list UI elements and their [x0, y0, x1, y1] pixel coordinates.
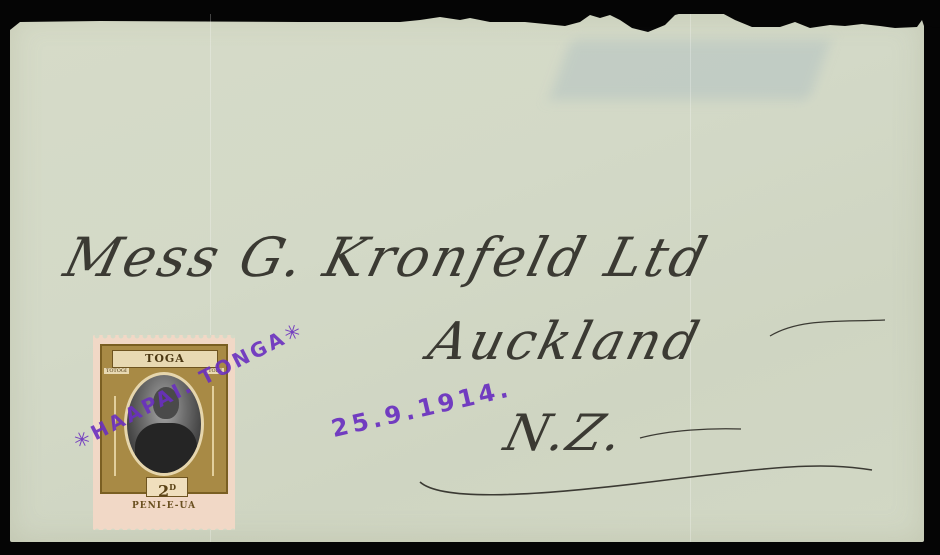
address-line-addressee: Mess G. Kronfeld Ltd — [58, 226, 716, 289]
stamp-side-label-left: TOTOGI — [104, 368, 129, 374]
stamp-value-text: PENI-E-UA — [93, 501, 235, 511]
denomination-number: 2 — [158, 481, 169, 500]
address-line-country: N.Z. — [499, 404, 632, 462]
address-line-city: Auckland — [423, 312, 708, 372]
portrait-body — [135, 423, 197, 476]
stamp-denomination: 2D — [146, 477, 188, 497]
palm-tree-icon — [212, 386, 214, 476]
denomination-suffix: D — [169, 482, 176, 492]
